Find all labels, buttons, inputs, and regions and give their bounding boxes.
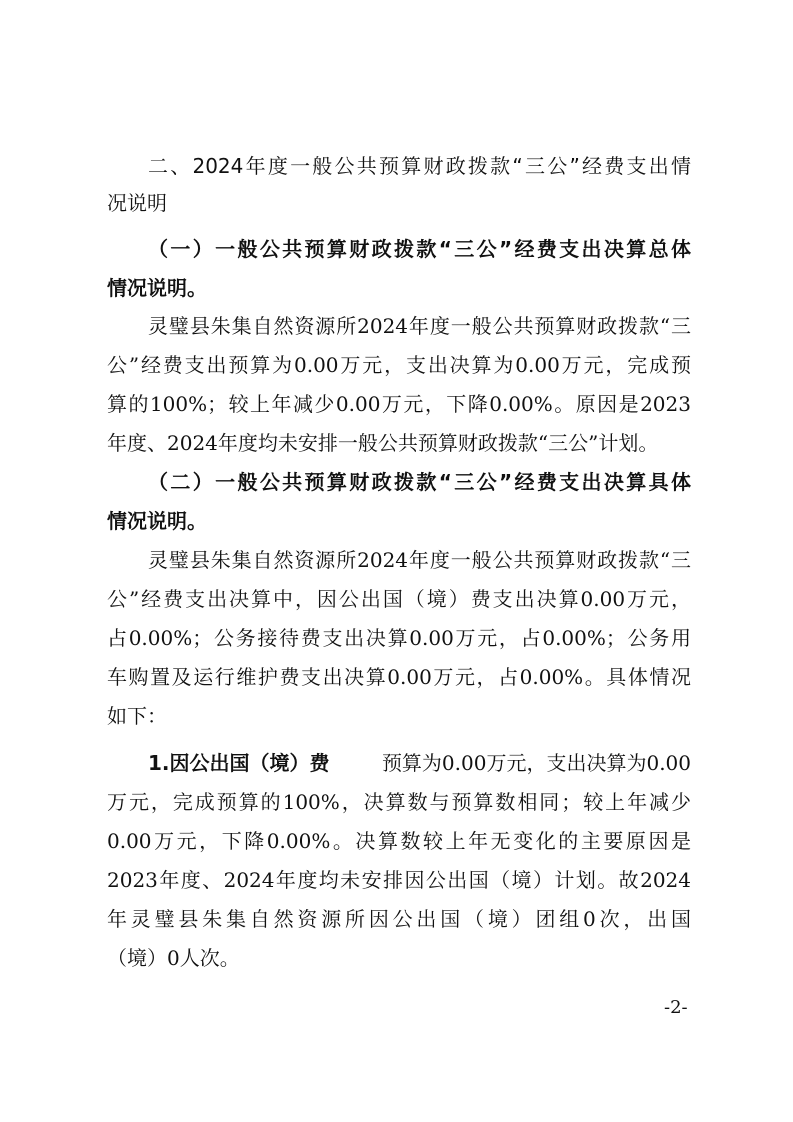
item-1-bold-lead: 1.因公出国（境）费 bbox=[148, 743, 330, 783]
subsection-1-paragraph-line: 公”经费支出预算为0.00万元，支出决算为0.00万元，完成预 bbox=[107, 345, 691, 385]
subsection-2-paragraph-line: 公”经费支出决算中，因公出国（境）费支出决算0.00万元， bbox=[107, 579, 691, 619]
page-number: -2- bbox=[664, 996, 688, 1020]
item-1-line-1: 1.因公出国（境）费 预算为0.00万元，支出决算为0.00 bbox=[148, 743, 691, 783]
subsection-1-paragraph-line: 年度、2024年度均未安排一般公共预算财政拨款“三公”计划。 bbox=[107, 423, 691, 463]
item-1-paragraph-line: 年灵璧县朱集自然资源所因公出国（境）团组0次，出国 bbox=[107, 899, 691, 939]
item-1-paragraph-line: 0.00万元，下降0.00%。决算数较上年无变化的主要原因是 bbox=[107, 821, 691, 861]
item-1-paragraph-line: （境）0人次。 bbox=[107, 938, 691, 978]
section-heading-line-1: 二、2024年度一般公共预算财政拨款“三公”经费支出情 bbox=[148, 146, 691, 186]
item-1-line-1-rest: 预算为0.00万元，支出决算为0.00 bbox=[382, 743, 691, 783]
subsection-2-paragraph-line: 占0.00%；公务接待费支出决算0.00万元，占0.00%；公务用 bbox=[107, 618, 691, 658]
subsection-1-paragraph-line: 算的100%；较上年减少0.00万元，下降0.00%。原因是2023 bbox=[107, 384, 691, 424]
subsection-1-paragraph-line: 灵璧县朱集自然资源所2024年度一般公共预算财政拨款“三 bbox=[148, 306, 691, 346]
subsection-2-title-line-2: 情况说明。 bbox=[107, 501, 691, 541]
subsection-2-paragraph-line: 如下： bbox=[107, 696, 691, 736]
subsection-2-paragraph-line: 灵璧县朱集自然资源所2024年度一般公共预算财政拨款“三 bbox=[148, 540, 691, 580]
subsection-2-paragraph-line: 车购置及运行维护费支出决算0.00万元，占0.00%。具体情况 bbox=[107, 657, 691, 697]
subsection-1-title-line-2: 情况说明。 bbox=[107, 268, 691, 308]
document-page: 二、2024年度一般公共预算财政拨款“三公”经费支出情 况说明 （一）一般公共预… bbox=[0, 0, 793, 1122]
item-1-paragraph-line: 2023年度、2024年度均未安排因公出国（境）计划。故2024 bbox=[107, 860, 691, 900]
subsection-2-title-line-1: （二）一般公共预算财政拨款“三公”经费支出决算具体 bbox=[148, 462, 691, 502]
subsection-1-title-line-1: （一）一般公共预算财政拨款“三公”经费支出决算总体 bbox=[148, 229, 691, 269]
item-1-paragraph-line: 万元，完成预算的100%，决算数与预算数相同；较上年减少 bbox=[107, 782, 691, 822]
section-heading-line-2: 况说明 bbox=[107, 183, 691, 223]
